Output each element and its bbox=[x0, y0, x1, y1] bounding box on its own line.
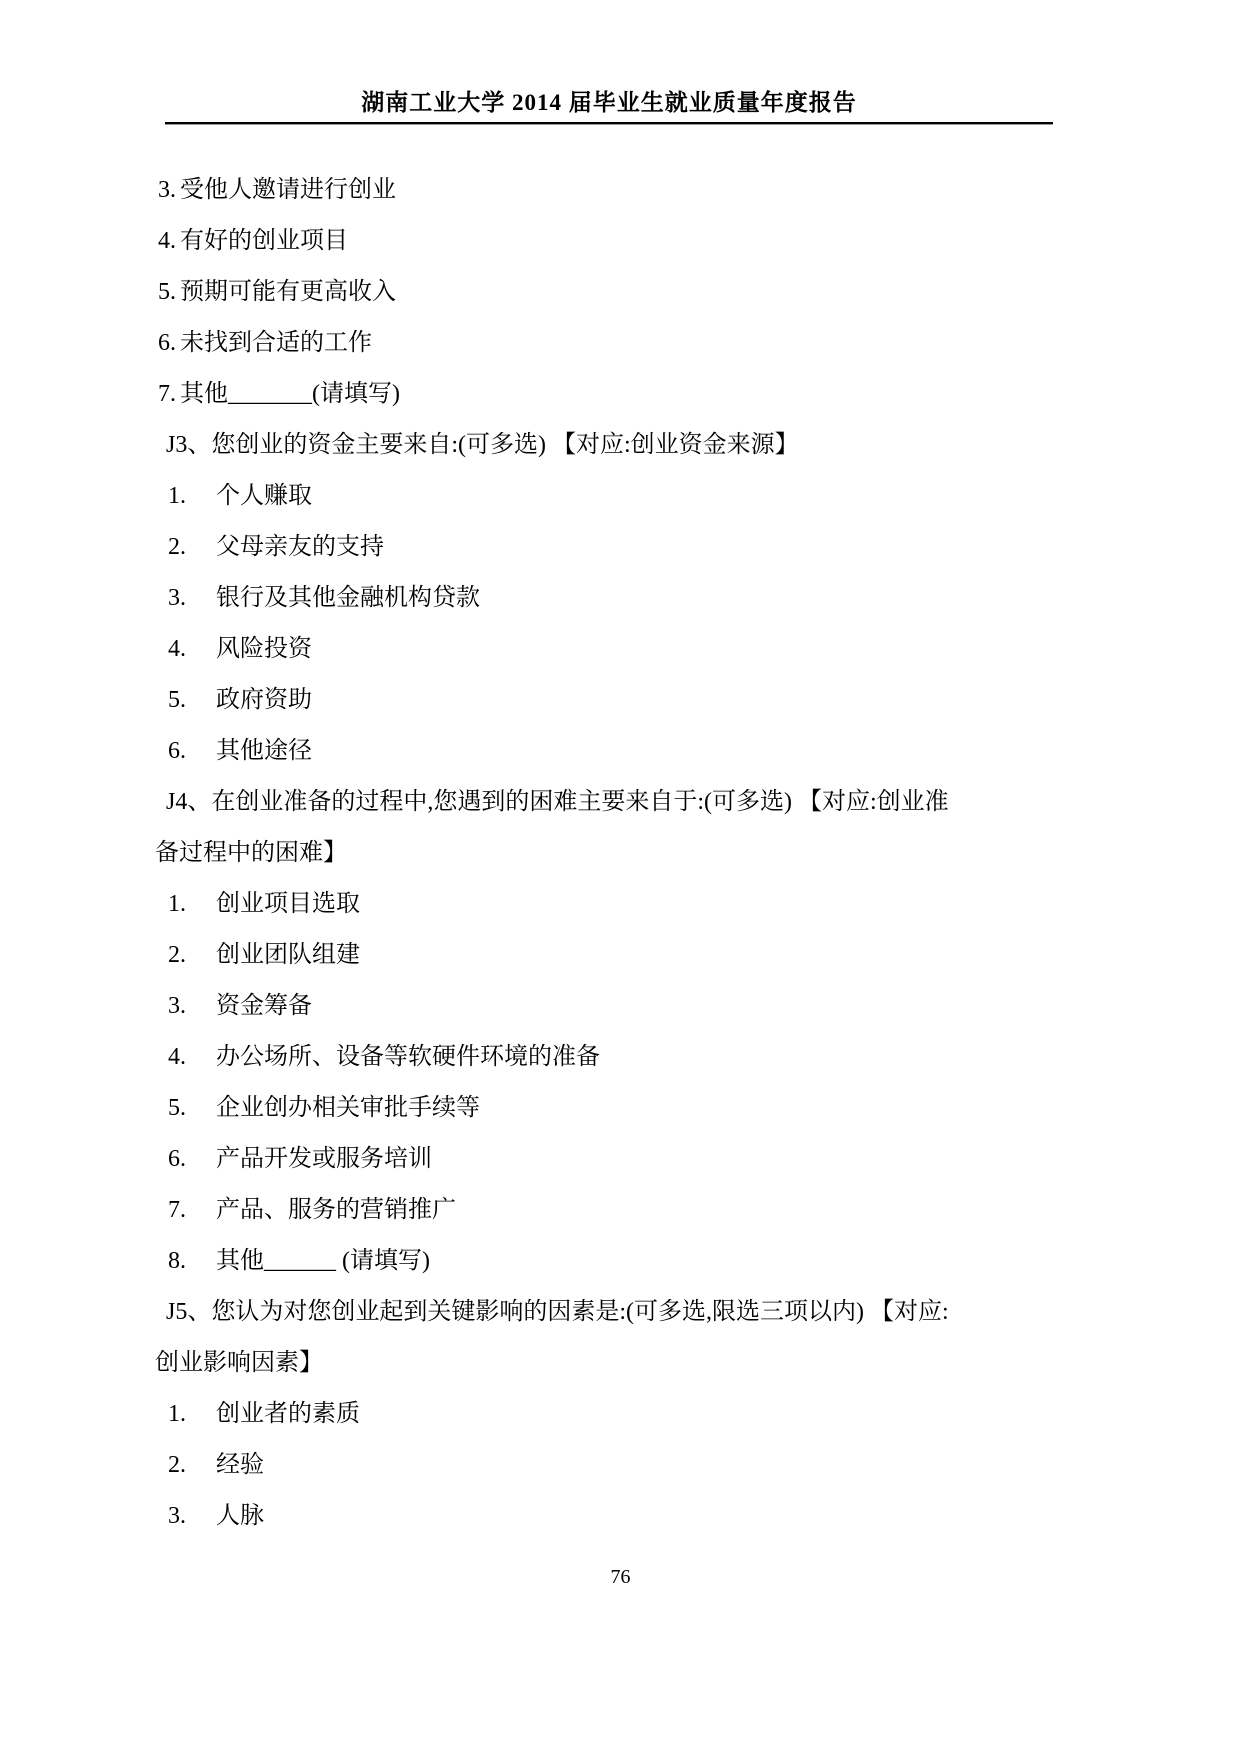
item-text: 创业项目选取 bbox=[216, 892, 360, 916]
option-line: 1. 创业者的素质 bbox=[0, 1388, 1241, 1439]
option-line: 6. 未找到合适的工作 bbox=[0, 317, 1241, 368]
item-text: 您认为对您创业起到关键影响的因素是:(可多选,限选三项以内) 【对应: bbox=[211, 1300, 948, 1324]
item-text: 办公场所、设备等软硬件环境的准备 bbox=[216, 1045, 600, 1069]
questionnaire-body: 3. 受他人邀请进行创业 4. 有好的创业项目 5. 预期可能有更高收入 6. … bbox=[0, 164, 1241, 1541]
item-text: 预期可能有更高收入 bbox=[180, 280, 396, 304]
option-line: 4. 有好的创业项目 bbox=[0, 215, 1241, 266]
item-text: 政府资助 bbox=[216, 688, 312, 712]
item-number: 7. bbox=[168, 1198, 216, 1222]
header-divider bbox=[165, 122, 1053, 125]
option-line: 2. 父母亲友的支持 bbox=[0, 521, 1241, 572]
item-text: 其他途径 bbox=[216, 739, 312, 763]
item-number: 6. bbox=[168, 1147, 216, 1171]
item-number: 4. bbox=[158, 229, 176, 253]
item-number: 4. bbox=[168, 637, 216, 661]
option-line: 7. 其他_______(请填写) bbox=[0, 368, 1241, 419]
item-number: 1. bbox=[168, 892, 216, 916]
option-line: 5. 企业创办相关审批手续等 bbox=[0, 1082, 1241, 1133]
option-line: 3. 人脉 bbox=[0, 1490, 1241, 1541]
item-number: 2. bbox=[168, 535, 216, 559]
item-number: 4. bbox=[168, 1045, 216, 1069]
item-number: 3. bbox=[158, 178, 176, 202]
option-line: 4. 风险投资 bbox=[0, 623, 1241, 674]
item-number: 8. bbox=[168, 1249, 216, 1273]
item-text: 企业创办相关审批手续等 bbox=[216, 1096, 480, 1120]
option-line: 6. 其他途径 bbox=[0, 725, 1241, 776]
item-text: 其他______ (请填写) bbox=[216, 1249, 430, 1273]
page-number: 76 bbox=[0, 1564, 1241, 1590]
option-line: 5. 预期可能有更高收入 bbox=[0, 266, 1241, 317]
item-number: J4、 bbox=[166, 790, 211, 814]
item-text: 备过程中的困难】 bbox=[155, 841, 347, 865]
item-number: 3. bbox=[168, 586, 216, 610]
item-text: 有好的创业项目 bbox=[180, 229, 348, 253]
item-number: 6. bbox=[158, 331, 176, 355]
item-number: 3. bbox=[168, 994, 216, 1018]
option-line: 3. 银行及其他金融机构贷款 bbox=[0, 572, 1241, 623]
document-page: 湖南工业大学 2014 届毕业生就业质量年度报告 3. 受他人邀请进行创业 4.… bbox=[0, 0, 1241, 1754]
item-number: 2. bbox=[168, 1453, 216, 1477]
item-text: 产品开发或服务培训 bbox=[216, 1147, 432, 1171]
item-number: J5、 bbox=[166, 1300, 211, 1324]
item-number: 5. bbox=[158, 280, 176, 304]
item-number: 5. bbox=[168, 688, 216, 712]
option-line: 1. 个人赚取 bbox=[0, 470, 1241, 521]
item-text: 在创业准备的过程中,您遇到的困难主要来自于:(可多选) 【对应:创业准 bbox=[211, 790, 948, 814]
item-number: 6. bbox=[168, 739, 216, 763]
document-title: 湖南工业大学 2014 届毕业生就业质量年度报告 bbox=[165, 84, 1053, 117]
item-text: 创业团队组建 bbox=[216, 943, 360, 967]
item-text: 风险投资 bbox=[216, 637, 312, 661]
option-line: 4. 办公场所、设备等软硬件环境的准备 bbox=[0, 1031, 1241, 1082]
item-text: 个人赚取 bbox=[216, 484, 312, 508]
item-text: 您创业的资金主要来自:(可多选) 【对应:创业资金来源】 bbox=[211, 433, 798, 457]
item-number: 3. bbox=[168, 1504, 216, 1528]
item-number: 5. bbox=[168, 1096, 216, 1120]
item-text: 受他人邀请进行创业 bbox=[180, 178, 396, 202]
item-text: 创业者的素质 bbox=[216, 1402, 360, 1426]
question-continuation-line: 备过程中的困难】 bbox=[0, 827, 1241, 878]
option-line: 1. 创业项目选取 bbox=[0, 878, 1241, 929]
option-line: 2. 经验 bbox=[0, 1439, 1241, 1490]
item-number: 2. bbox=[168, 943, 216, 967]
item-text: 创业影响因素】 bbox=[155, 1351, 323, 1375]
item-text: 未找到合适的工作 bbox=[180, 331, 372, 355]
option-line: 7. 产品、服务的营销推广 bbox=[0, 1184, 1241, 1235]
item-text: 资金筹备 bbox=[216, 994, 312, 1018]
item-text: 人脉 bbox=[216, 1504, 264, 1528]
option-line: 8. 其他______ (请填写) bbox=[0, 1235, 1241, 1286]
option-line: 6. 产品开发或服务培训 bbox=[0, 1133, 1241, 1184]
item-text: 产品、服务的营销推广 bbox=[216, 1198, 456, 1222]
item-text: 银行及其他金融机构贷款 bbox=[216, 586, 480, 610]
option-line: 3. 资金筹备 bbox=[0, 980, 1241, 1031]
item-text: 经验 bbox=[216, 1453, 264, 1477]
item-number: 7. bbox=[158, 382, 176, 406]
item-number: J3、 bbox=[166, 433, 211, 457]
question-continuation-line: 创业影响因素】 bbox=[0, 1337, 1241, 1388]
option-line: 5. 政府资助 bbox=[0, 674, 1241, 725]
item-number: 1. bbox=[168, 1402, 216, 1426]
option-line: 2. 创业团队组建 bbox=[0, 929, 1241, 980]
item-text: 父母亲友的支持 bbox=[216, 535, 384, 559]
option-line: 3. 受他人邀请进行创业 bbox=[0, 164, 1241, 215]
question-line: J4、 在创业准备的过程中,您遇到的困难主要来自于:(可多选) 【对应:创业准 bbox=[0, 776, 1241, 827]
question-line: J3、 您创业的资金主要来自:(可多选) 【对应:创业资金来源】 bbox=[0, 419, 1241, 470]
question-line: J5、 您认为对您创业起到关键影响的因素是:(可多选,限选三项以内) 【对应: bbox=[0, 1286, 1241, 1337]
item-text: 其他_______(请填写) bbox=[180, 382, 400, 406]
item-number: 1. bbox=[168, 484, 216, 508]
